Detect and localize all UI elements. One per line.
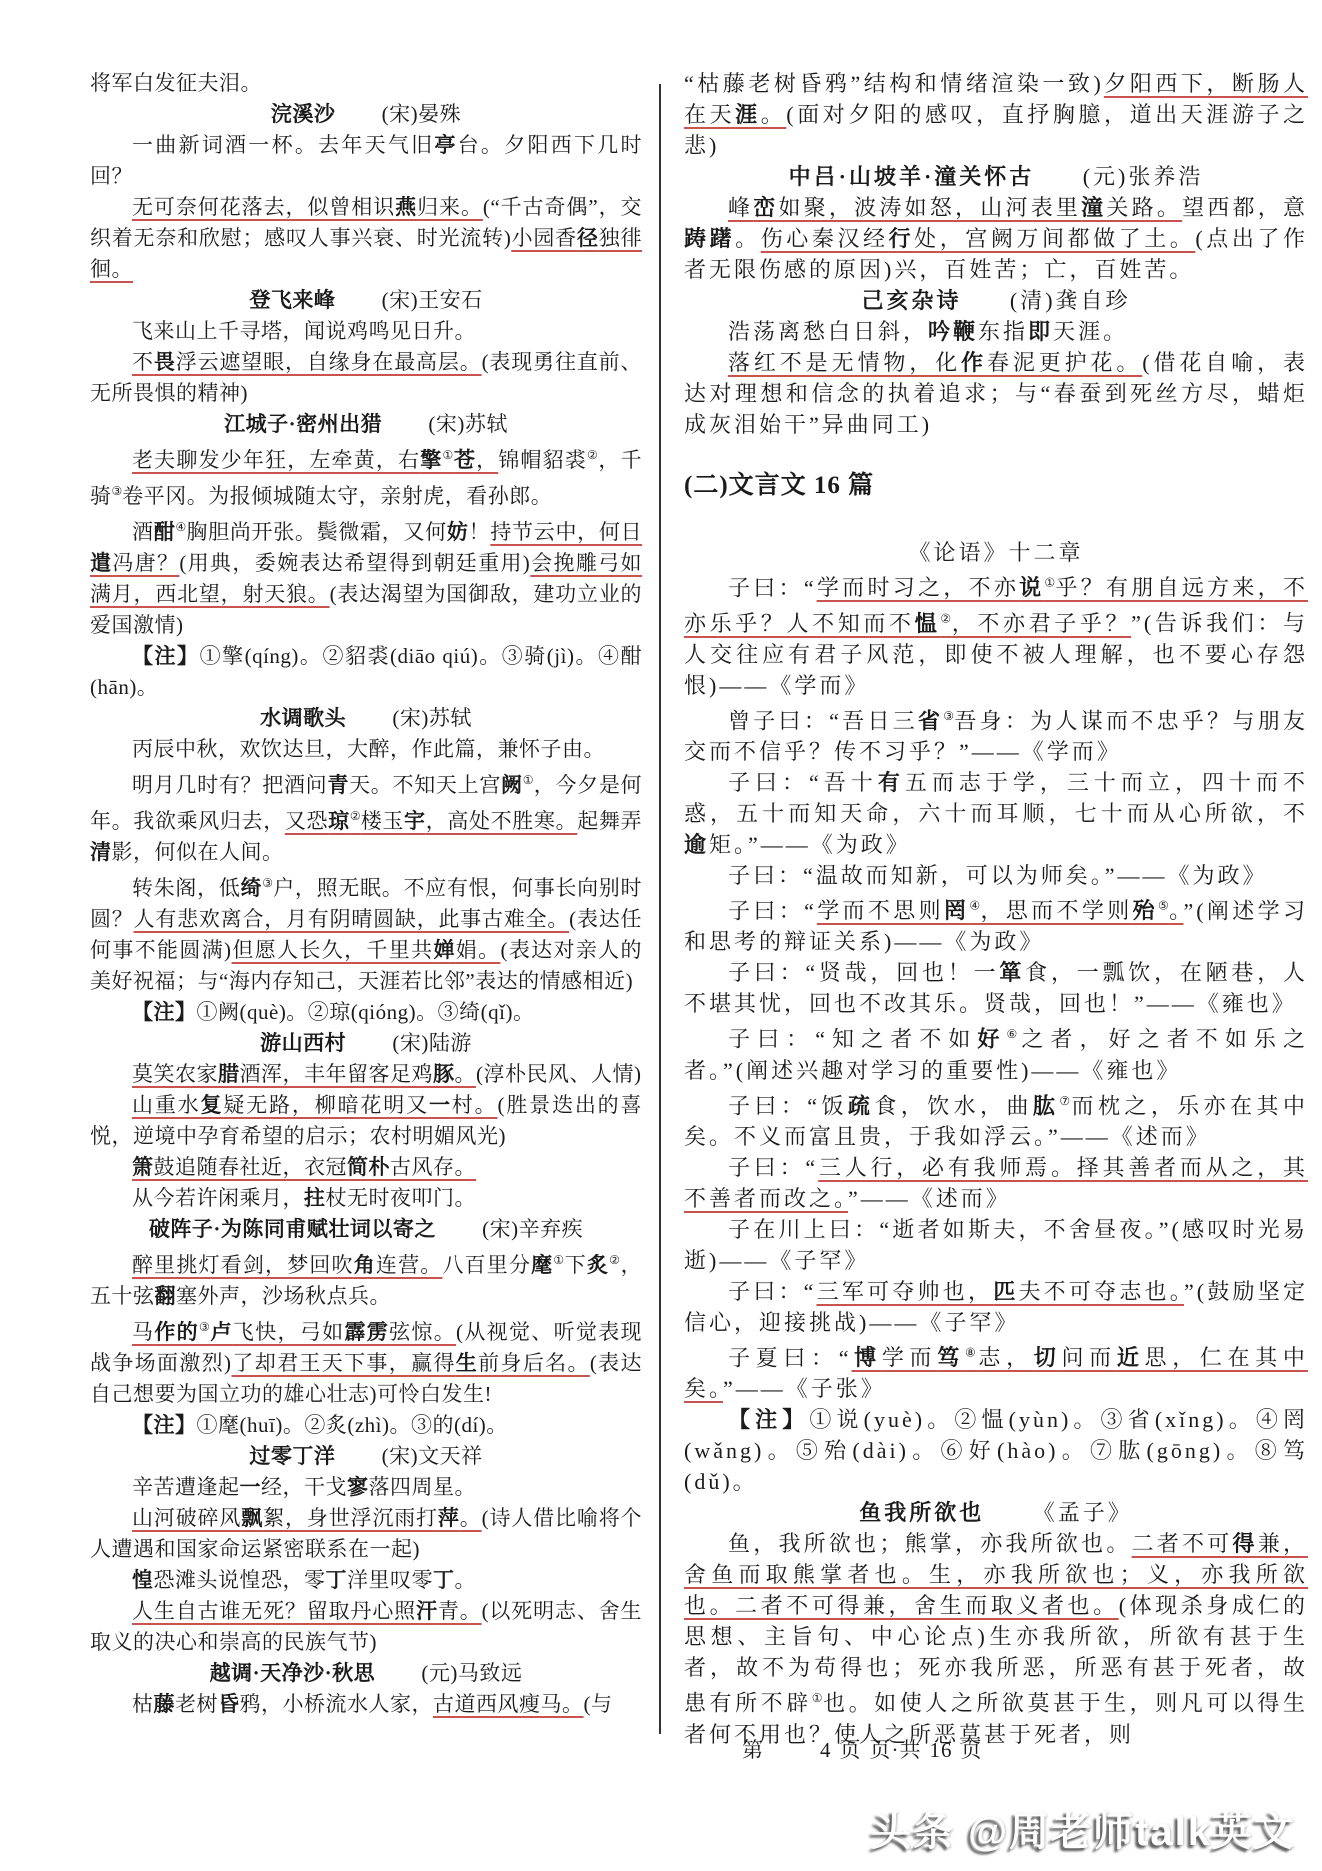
text-run: 踌躇 [684, 226, 735, 251]
footer-total-unit: 页 [961, 1738, 983, 1762]
text-run: 酣 [154, 520, 176, 544]
paragraph: 酒酣④胸胆尚开张。鬓微霜，又何妨！持节云中，何日遣冯唐？(用典，委婉表达希望得到… [90, 512, 642, 641]
text-run: 苍 [454, 448, 476, 472]
text-run: 燕 [395, 195, 417, 219]
paragraph: 惶恐滩头说惶恐，零丁洋里叹零丁。 [90, 1565, 642, 1596]
note-ref: ① [812, 1691, 823, 1705]
text-run: 峦 [753, 195, 778, 220]
text-run: 一 [429, 1093, 452, 1117]
paragraph: 子曰：“三军可夺帅也，匹夫不可夺志也。”(鼓励坚定信心，迎接挑战)——《子罕》 [684, 1276, 1308, 1338]
text-run: 好 [977, 1027, 1006, 1052]
text-run: 春泥更护花。 [987, 350, 1142, 375]
text-run: 【注】 [132, 1000, 197, 1024]
text-run: 曾子曰：“吾日三 [728, 708, 918, 733]
text-run: 酒浑，丰年留客足鸡 [240, 1062, 434, 1086]
text-run: 塞外声，沙场秋点兵。 [176, 1284, 391, 1308]
text-run: 古风存。 [390, 1155, 476, 1179]
poem-title-line: 过零丁洋(宋)文天祥 [90, 1441, 642, 1472]
poem-author: (元)张养浩 [1083, 164, 1204, 189]
text-run: 飞快，弓如 [233, 1320, 345, 1344]
text-run: 明月几时有？把酒问 [132, 773, 327, 797]
poem-title-line: 鱼我所欲也《孟子》 [684, 1497, 1308, 1528]
poem-title: 过零丁洋 [249, 1444, 335, 1468]
text-run: 小园香 [511, 226, 577, 250]
underlined-passage: 又恐琼②楼玉宇，高处不胜寒。 [285, 809, 577, 833]
text-run: 翻 [155, 1284, 177, 1308]
text-run: ①阙(què)。②琼(qióng)。③绮(qǐ)。 [197, 1000, 535, 1024]
paragraph: 人生自古谁无死？留取丹心照汗青。(以死明志、舍生取义的决心和崇高的民族气节) [90, 1596, 642, 1658]
text-run: 辛苦遭逢起 [132, 1475, 240, 1499]
poem-title-line: 浣溪沙(宋)晏殊 [90, 99, 642, 130]
paragraph: 子在川上曰：“逝者如斯夫，不舍昼夜。”(感叹时光易逝)——《子罕》 [684, 1214, 1308, 1276]
text-run: 冯唐？ [112, 551, 179, 575]
paragraph: 枯藤老树昏鸦，小桥流水人家，古道西风瘦马。(与 [90, 1689, 642, 1720]
text-run: 青。 [438, 1599, 482, 1623]
text-run: 子在川上曰：“逝者如斯夫，不舍昼夜。”(感叹时光易逝)——《子罕》 [684, 1217, 1308, 1273]
note-ref: ② [587, 448, 598, 462]
text-run: 八百里分 [442, 1253, 531, 1277]
text-run: 肱 [1033, 1093, 1059, 1118]
note-ref: ② [350, 809, 361, 823]
text-run: ，思而不学则 [980, 898, 1132, 923]
text-run: 行 [889, 226, 915, 251]
text-run: 霹雳 [344, 1320, 389, 1344]
note-ref: ③ [199, 1320, 211, 1334]
poem-title-line: 游山西村(宋)陆游 [90, 1028, 642, 1059]
text-run: 起舞弄 [577, 809, 642, 833]
text-run: 东指 [978, 319, 1028, 344]
underlined-passage: 马作的③卢飞快，弓如霹雳弦惊。 [132, 1320, 456, 1344]
text-run: 人有悲欢离合，月有阴晴圆缺，此事古难全。 [134, 907, 570, 931]
text-run: 问而 [1061, 1345, 1116, 1370]
poem-title-line: 己亥杂诗(清)龚自珍 [684, 285, 1308, 316]
text-run: 子曰：“吾十 [728, 770, 878, 795]
poem-title-line: 破阵子·为陈同甫赋壮词以寄之(宋)辛弃疾 [90, 1214, 642, 1245]
text-run: 志， [978, 1345, 1033, 1370]
paragraph: 转朱阁，低绮③户，照无眠。不应有恨，何事长向别时圆？人有悲欢离合，月有阴晴圆缺，… [90, 868, 642, 997]
underlined-passage: 山重水复疑无路，柳暗花明又一村。 [132, 1093, 497, 1117]
text-run: (与 [584, 1692, 613, 1716]
text-run: 絮，身世浮沉雨打 [263, 1506, 438, 1530]
text-run: 归来。 [417, 195, 483, 219]
text-run: ！ [469, 520, 491, 544]
text-run: 子曰：“ [728, 575, 817, 600]
text-run: 持节云中，何日 [490, 520, 642, 544]
poem-title: 登飞来峰 [249, 288, 335, 312]
note-ref: ② [609, 1253, 620, 1267]
text-run: 子曰：“ [728, 1155, 818, 1180]
text-run: 子曰：“ [728, 898, 817, 923]
note-ref: ④ [969, 899, 980, 913]
text-run: 子曰：“温故而知新，可以为师矣。”——《为政》 [728, 863, 1268, 888]
underlined-passage: 但愿人长久，千里共婵娟。 [232, 938, 501, 962]
poem-author: (清)龚自珍 [1010, 288, 1131, 313]
text-run: 了却君王天下事，赢得 [232, 1351, 456, 1375]
underlined-passage: 老夫聊发少年狂，左牵黄，右擎①苍， [132, 448, 498, 472]
text-run: (淳朴民风、人情) [476, 1062, 642, 1086]
poem-author: (宋)陆游 [392, 1031, 472, 1055]
text-run: 娟。 [456, 938, 501, 962]
text-run: 恐滩头说惶恐，零 [154, 1568, 326, 1592]
paragraph: 【注】①擎(qíng)。②貂裘(diāo qiú)。③骑(jì)。④酣(hān)… [90, 641, 642, 703]
poem-title-line: 中吕·山坡羊·潼关怀古(元)张养浩 [684, 161, 1308, 192]
text-run: 一 [240, 1475, 262, 1499]
centered-heading: 《论语》十二章 [684, 537, 1308, 568]
paragraph: 【注】①麾(huī)。②炙(zhì)。③的(dí)。 [90, 1410, 642, 1441]
text-run: 炙 [587, 1253, 609, 1277]
text-run: 飞来山上千寻塔，闻说鸡鸣见日升。 [132, 319, 476, 343]
text-run: 古道西风瘦马。 [433, 1692, 584, 1716]
text-run: 简朴 [347, 1155, 390, 1179]
poem-title: 鱼我所欲也 [859, 1500, 984, 1525]
footer-total-pages: 16 [930, 1738, 953, 1762]
text-run: ，不亦君子乎？ [952, 611, 1131, 636]
text-run: 无可奈何花落去，似曾相识 [132, 195, 395, 219]
text-run: 亭 [434, 133, 457, 157]
underlined-passage: 无可奈何花落去，似曾相识燕归来。 [132, 195, 483, 219]
poem-author: (元)马致远 [421, 1661, 522, 1685]
text-run: 疑无路，柳暗花明又 [223, 1093, 429, 1117]
text-run: 三军可夺帅也， [816, 1279, 993, 1304]
text-run: 山河破碎风 [132, 1506, 241, 1530]
footer-separator: 页·共 [870, 1738, 922, 1762]
paragraph: 峰峦如聚，波涛如怒，山河表里潼关路。望西都，意踌躇。伤心秦汉经行处，宫阙万间都做… [684, 192, 1308, 285]
text-run: 子夏曰：“ [728, 1345, 852, 1370]
text-run: 天涯。 [1053, 319, 1128, 344]
text-run: 生 [456, 1351, 478, 1375]
text-run: 弦惊。 [389, 1320, 456, 1344]
paragraph: 鱼，我所欲也；熊掌，亦我所欲也。二者不可得兼，舍鱼而取熊掌者也。生，亦我所欲也；… [684, 1528, 1308, 1749]
text-run: 下 [565, 1253, 587, 1277]
text-run: 卷平冈。为报倾城随太守，亲射虎，看孙郎。 [122, 484, 552, 508]
poem-title-line: 越调·天净沙·秋思(元)马致远 [90, 1658, 642, 1689]
text-run: 经，干戈 [261, 1475, 347, 1499]
poem-title: 破阵子·为陈同甫赋壮词以寄之 [149, 1217, 436, 1241]
text-run: 。 [455, 1062, 477, 1086]
text-run: ，高处不胜寒。 [426, 809, 578, 833]
text-run: 落红不是无情物，化 [728, 350, 961, 375]
paragraph: 飞来山上千寻塔，闻说鸡鸣见日升。 [90, 316, 642, 347]
text-run: (用典，委婉表达希望得到朝廷重用) [179, 551, 530, 575]
text-run: 笃 [937, 1345, 965, 1370]
text-run: 转朱阁，低 [132, 876, 241, 900]
footer-page-number: 4 [820, 1738, 832, 1762]
text-run: 近 [1117, 1345, 1145, 1370]
underlined-passage: 伤心秦汉经行处，宫阙万间都做了土。 [761, 226, 1196, 251]
text-run: 影，何似在人间。 [112, 840, 284, 864]
underlined-passage: 莫笑农家腊酒浑，丰年留客足鸡豚。 [132, 1062, 476, 1086]
paragraph: 老夫聊发少年狂，左牵黄，右擎①苍，锦帽貂裘②，千骑③卷平冈。为报倾城随太守，亲射… [90, 440, 642, 512]
text-run: 食，饮水，曲 [874, 1093, 1033, 1118]
text-run: ①麾(huī)。②炙(zhì)。③的(dí)。 [197, 1413, 508, 1437]
text-run: 涯 [735, 102, 761, 127]
poem-title: 中吕·山坡羊·潼关怀古 [789, 164, 1035, 189]
text-run: 锦帽貂裘 [498, 448, 587, 472]
text-run: 人生自古谁无死？留取丹心照 [132, 1599, 416, 1623]
poem-author: (宋)晏殊 [382, 102, 462, 126]
paragraph: 醉里挑灯看剑，梦回吹角连营。八百里分麾①下炙②，五十弦翻塞外声，沙场秋点兵。 [90, 1245, 642, 1312]
paragraph: 子曰：“学而时习之，不亦说①乎？有朋自远方来，不亦乐乎？人不知而不愠②，不亦君子… [684, 568, 1308, 701]
text-run: 卢 [211, 1320, 233, 1344]
paragraph: 子曰：“吾十有五而志于学，三十而立，四十而不惑，五十而知天命，六十而耳顺，七十而… [684, 767, 1308, 860]
text-run: 寥 [347, 1475, 369, 1499]
text-run: 婵 [433, 938, 455, 962]
text-run: 老树 [175, 1692, 218, 1716]
paragraph: 【注】①说(yuè)。②愠(yùn)。③省(xǐng)。④罔(wǎng)。⑤殆(… [684, 1404, 1308, 1497]
text-run: 峰 [728, 195, 753, 220]
underlined-passage: 三军可夺帅也，匹夫不可夺志也。 [816, 1279, 1184, 1304]
note-ref: ③ [262, 876, 273, 890]
text-run: 学而时习之，不亦 [817, 575, 1020, 600]
note-ref: ③ [943, 709, 954, 723]
text-run: 箪 [999, 960, 1025, 985]
text-run: 又恐 [285, 809, 328, 833]
section-heading: (二)文言文 16 篇 [684, 470, 1308, 501]
underlined-passage: 不畏浮云遮望眼，自缘身在最高层。 [132, 350, 482, 374]
text-run: 作 [961, 350, 987, 375]
poem-author: (宋)王安石 [382, 288, 483, 312]
text-run: 惶 [132, 1568, 154, 1592]
text-run: 鸦，小桥流水人家， [240, 1692, 434, 1716]
poem-author: (宋)文天祥 [382, 1444, 483, 1468]
paragraph: 子夏曰：“博学而笃⑧志，切问而近思，仁在其中矣。”——《子张》 [684, 1338, 1308, 1404]
paragraph: 辛苦遭逢起一经，干戈寥落四周星。 [90, 1472, 642, 1503]
paragraph: 箫鼓追随春社近，衣冠简朴古风存。 [90, 1152, 642, 1183]
text-run: 伤心秦汉经 [761, 226, 889, 251]
text-run: 有 [878, 770, 905, 795]
text-run: 说 [1019, 575, 1044, 600]
note-ref: ① [442, 448, 453, 462]
note-ref: ⑥ [1007, 1027, 1022, 1041]
underlined-passage: 落红不是无情物，化作春泥更护花。 [728, 350, 1142, 375]
text-run: “枯藤老树昏鸦”结构和情绪渲染一致) [684, 71, 1104, 96]
text-run: 匹 [993, 1279, 1018, 1304]
text-run: 博 [852, 1345, 882, 1370]
paragraph: 从今若许闲乘月，拄杖无时夜叩门。 [90, 1183, 642, 1214]
text-run: 醉里挑灯看剑，梦回吹 [132, 1253, 354, 1277]
paragraph: 子曰：“温故而知新，可以为师矣。”——《为政》 [684, 860, 1308, 891]
underlined-passage: 醉里挑灯看剑，梦回吹角连营。 [132, 1253, 442, 1277]
text-run: 子曰：“贤哉，回也！一 [728, 960, 999, 985]
text-run: 连营。 [376, 1253, 443, 1277]
text-run: 老夫聊发少年狂，左牵黄，右 [132, 448, 420, 472]
note-ref: ① [553, 1253, 564, 1267]
text-run: 子曰：“ [728, 1279, 816, 1304]
text-run: 萍 [438, 1506, 460, 1530]
text-run: 天。不知天上宫 [349, 773, 501, 797]
document-page: 将军白发征夫泪。浣溪沙(宋)晏殊一曲新词酒一杯。去年天气旧亭台。夕阳西下几时回？… [0, 0, 1322, 1871]
note-ref: ⑤ [1158, 899, 1169, 913]
text-run: 得 [1233, 1531, 1258, 1556]
note-ref: ① [523, 773, 534, 787]
text-run: 酒 [132, 520, 154, 544]
note-ref: ① [1044, 576, 1055, 590]
text-run: 杖无时夜叩门。 [326, 1186, 477, 1210]
text-run: 丁 [433, 1568, 455, 1592]
paragraph: 丙辰中秋，欢饮达旦，大醉，作此篇，兼怀子由。 [90, 734, 642, 765]
text-run: 【注】 [728, 1407, 809, 1432]
text-run: 宇 [404, 809, 426, 833]
paragraph: 一曲新词酒一杯。去年天气旧亭台。夕阳西下几时回？ [90, 130, 642, 192]
text-run: 枯 [132, 1692, 154, 1716]
text-run: 。 [455, 1568, 477, 1592]
text-run: 复 [201, 1093, 224, 1117]
text-run: 子曰：“知之者不如 [728, 1027, 977, 1052]
paragraph: “枯藤老树昏鸦”结构和情绪渲染一致)夕阳西下，断肠人在天涯。(面对夕阳的感叹，直… [684, 68, 1308, 161]
text-run: 阙 [501, 773, 523, 797]
footer-prefix: 第 [742, 1738, 764, 1762]
text-run: 楼玉 [361, 809, 404, 833]
paragraph: 【注】①阙(què)。②琼(qióng)。③绮(qǐ)。 [90, 997, 642, 1028]
text-run: 潼 [1081, 195, 1106, 220]
poem-title: 水调歌头 [260, 706, 346, 730]
text-run: 擎 [420, 448, 442, 472]
underlined-passage: 了却君王天下事，赢得生前身后名。 [232, 1351, 590, 1375]
text-run: 罔 [944, 898, 969, 923]
text-run: 遣 [90, 551, 112, 575]
paragraph: 山河破碎风飘絮，身世浮沉雨打萍。(诗人借比喻将个人遭遇和国家命运紧密联系在一起) [90, 1503, 642, 1565]
text-run: 豚 [433, 1062, 455, 1086]
underlined-passage: 人有悲欢离合，月有阴晴圆缺，此事古难全。 [134, 907, 570, 931]
note-ref: ⑧ [965, 1346, 978, 1360]
text-run: 径 [577, 226, 599, 250]
text-run: 如聚，波涛如怒，山河表里 [778, 195, 1081, 220]
text-run: 胸胆尚开张。鬓微霜，又何 [186, 520, 446, 544]
text-run: 。 [1169, 898, 1183, 923]
paragraph: 无可奈何花落去，似曾相识燕归来。(“千古奇偶”，交织着无奈和欣慰；感叹人事兴衰、… [90, 192, 642, 285]
underlined-passage: 箫鼓追随春社近，衣冠简朴古风存。 [132, 1155, 476, 1179]
poem-author: (宋)苏轼 [428, 412, 508, 436]
underlined-passage: 峰峦如聚，波涛如怒，山河表里潼关路。 [728, 195, 1182, 220]
text-run: 箫 [132, 1155, 154, 1179]
text-run: 即 [1028, 319, 1053, 344]
text-run: 【注】 [132, 1413, 197, 1437]
text-run: 妨 [447, 520, 469, 544]
note-ref: ⑦ [1059, 1094, 1071, 1108]
text-run: 马 [132, 1320, 154, 1344]
text-run: 省 [918, 708, 943, 733]
underlined-passage: 学而不思则罔④，思而不学则殆⑤。 [817, 898, 1184, 923]
text-run: 不 [132, 350, 154, 374]
text-run: 角 [354, 1253, 376, 1277]
text-run: 。 [735, 226, 761, 251]
paragraph: 马作的③卢飞快，弓如霹雳弦惊。(从视觉、听觉表现战争场面激烈)了却君王天下事，赢… [90, 1312, 642, 1410]
text-run: 丁 [326, 1568, 348, 1592]
paragraph: 曾子曰：“吾日三省③吾身：为人谋而不忠乎？与朋友交而不信乎？传不习乎？”——《学… [684, 701, 1308, 767]
paragraph: 山重水复疑无路，柳暗花明又一村。(胜景迭出的喜悦，逆境中孕育希望的启示；农村明媚… [90, 1090, 642, 1152]
paragraph: 将军白发征夫泪。 [90, 68, 642, 99]
text-run: 鱼，我所欲也；熊掌，亦我所欲也。 [728, 1531, 1132, 1556]
text-run: 但愿人长久，千里共 [232, 938, 434, 962]
text-run: 腊 [218, 1062, 240, 1086]
poem-title: 己亥杂诗 [861, 288, 961, 313]
underlined-passage: 古道西风瘦马。 [433, 1692, 584, 1716]
note-ref: ④ [175, 520, 186, 534]
note-ref: ③ [112, 484, 123, 498]
text-run: 落四周星。 [369, 1475, 477, 1499]
text-run: 前身后名。 [478, 1351, 590, 1375]
text-run: 处，宫阙万间都做了土。 [914, 226, 1195, 251]
text-run: 丙辰中秋，欢饮达旦，大醉，作此篇，兼怀子由。 [132, 737, 605, 761]
text-run: 殆 [1133, 898, 1158, 923]
text-run: 。 [761, 102, 787, 127]
text-run: ， [476, 448, 498, 472]
poem-title: 浣溪沙 [271, 102, 336, 126]
text-run: 吟鞭 [928, 319, 978, 344]
text-run: 汗 [416, 1599, 438, 1623]
text-run: 畏 [154, 350, 176, 374]
paragraph: 子曰：“知之者不如好⑥之者，好之者不如乐之者。”(阐述兴趣对学习的重要性)——《… [684, 1019, 1308, 1085]
text-run: 夫不可夺志也。 [1018, 1279, 1184, 1304]
paragraph: 明月几时有？把酒问青天。不知天上宫阙①，今夕是何年。我欲乘风归去，又恐琼②楼玉宇… [90, 765, 642, 868]
text-run: 关路。 [1106, 195, 1182, 220]
paragraph: 莫笑农家腊酒浑，丰年留客足鸡豚。(淳朴民风、人情) [90, 1059, 642, 1090]
left-column: 将军白发征夫泪。浣溪沙(宋)晏殊一曲新词酒一杯。去年天气旧亭台。夕阳西下几时回？… [90, 68, 642, 1720]
text-run: 浩荡离愁白日斜， [728, 319, 928, 344]
text-run: 鼓追随春社近，衣冠 [154, 1155, 348, 1179]
note-ref: ② [940, 611, 951, 625]
text-run: 拄 [304, 1186, 326, 1210]
text-run: 学而 [882, 1345, 937, 1370]
text-run: 琼 [328, 809, 350, 833]
poem-title: 越调·天净沙·秋思 [210, 1661, 376, 1685]
text-run: 莫笑农家 [132, 1062, 218, 1086]
poem-title-line: 水调歌头(宋)苏轼 [90, 703, 642, 734]
poem-author: (宋)辛弃疾 [482, 1217, 583, 1241]
text-run: 望西都，意 [1182, 195, 1308, 220]
text-run: 飘 [241, 1506, 263, 1530]
text-run: 。 [460, 1506, 482, 1530]
text-run: 愠 [915, 611, 941, 636]
text-run: 村。 [452, 1093, 498, 1117]
text-run: 子曰：“饭 [728, 1093, 848, 1118]
text-run: 清 [90, 840, 112, 864]
paragraph: 落红不是无情物，化作春泥更护花。(借花自喻，表达对理想和信念的执着追求；与“春蚕… [684, 347, 1308, 440]
text-run: 绮 [241, 876, 263, 900]
text-run: 浮云遮望眼，自缘身在最高层。 [176, 350, 482, 374]
paragraph: 子曰：“学而不思则罔④，思而不学则殆⑤。”(阐述学习和思考的辩证关系)——《为政… [684, 891, 1308, 957]
underlined-passage: 山河破碎风飘絮，身世浮沉雨打萍。 [132, 1506, 482, 1530]
poem-author: (宋)苏轼 [392, 706, 472, 730]
poem-title-line: 江城子·密州出猎(宋)苏轼 [90, 409, 642, 440]
text-run: ”——《子张》 [723, 1376, 886, 1401]
poem-title: 游山西村 [260, 1031, 346, 1055]
poem-title-line: 登飞来峰(宋)王安石 [90, 285, 642, 316]
paragraph: 子曰：“贤哉，回也！一箪食，一瓢饮，在陋巷，人不堪其忧，回也不改其乐。贤哉，回也… [684, 957, 1308, 1019]
text-run: 将军白发征夫泪。 [90, 71, 262, 95]
text-run: 【注】 [132, 644, 200, 668]
text-run: 藤 [154, 1692, 176, 1716]
text-run: 麾 [531, 1253, 553, 1277]
paragraph: 不畏浮云遮望眼，自缘身在最高层。(表现勇往直前、无所畏惧的精神) [90, 347, 642, 409]
column-divider-line [659, 84, 661, 1734]
poem-author: 《孟子》 [1033, 1500, 1133, 1525]
footer-page-unit: 页 [840, 1738, 862, 1762]
text-run: 二者不可 [1132, 1531, 1233, 1556]
text-run: 洋里叹零 [347, 1568, 433, 1592]
text-run: 从今若许闲乘月， [132, 1186, 304, 1210]
text-run: 矩。”——《为政》 [709, 832, 911, 857]
text-run: 学而不思则 [817, 898, 944, 923]
watermark-toutiao: 头条 @周老师talk英文 [871, 1800, 1296, 1857]
poem-title: 江城子·密州出猎 [224, 412, 382, 436]
page-footer: 第4页页·共16页 [742, 1734, 983, 1764]
text-run: 切 [1034, 1345, 1062, 1370]
text-run: 作的 [154, 1320, 199, 1344]
underlined-passage: 人生自古谁无死？留取丹心照汗青。 [132, 1599, 482, 1623]
text-run: 疏 [848, 1093, 874, 1118]
text-run: 昏 [218, 1692, 240, 1716]
